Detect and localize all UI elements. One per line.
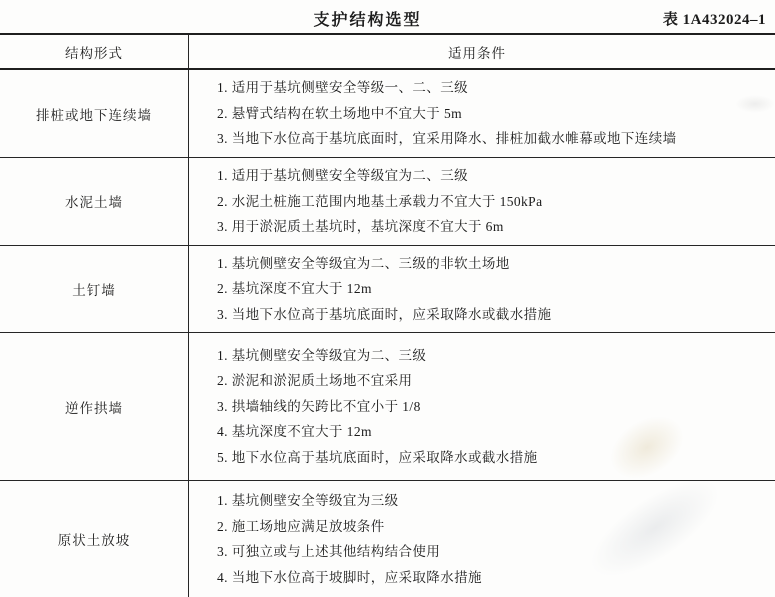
structure-type-label: 土钉墙 — [0, 246, 189, 333]
condition-item: 1. 适用于基坑侧壁安全等级一、二、三级 — [217, 75, 765, 101]
condition-item: 4. 当地下水位高于坡脚时，应采取降水措施 — [217, 565, 765, 591]
condition-item: 3. 拱墙轴线的矢跨比不宜小于 1/8 — [217, 394, 765, 420]
support-structure-table: 结构形式 适用条件 排桩或地下连续墙 1. 适用于基坑侧壁安全等级一、二、三级 … — [0, 33, 775, 597]
table-row-natural-soil-slope: 原状土放坡 1. 基坑侧壁安全等级宜为三级 2. 施工场地应满足放坡条件 3. … — [0, 481, 775, 597]
conditions-cell: 1. 基坑侧壁安全等级宜为二、三级 2. 淤泥和淤泥质土场地不宜采用 3. 拱墙… — [189, 333, 775, 480]
condition-item: 2. 悬臂式结构在软土场地中不宜大于 5m — [217, 101, 765, 127]
table-caption: 支护结构选型 表 1A432024–1 — [0, 7, 775, 31]
condition-item: 3. 可独立或与上述其他结构结合使用 — [217, 539, 765, 565]
condition-item: 2. 淤泥和淤泥质土场地不宜采用 — [217, 368, 765, 394]
column-header-structure-type: 结构形式 — [0, 35, 189, 68]
conditions-cell: 1. 适用于基坑侧壁安全等级宜为二、三级 2. 水泥土桩施工范围内地基土承载力不… — [189, 158, 775, 245]
structure-type-label: 水泥土墙 — [0, 158, 189, 245]
table-row-cement-soil-wall: 水泥土墙 1. 适用于基坑侧壁安全等级宜为二、三级 2. 水泥土桩施工范围内地基… — [0, 158, 775, 246]
condition-item: 3. 当地下水位高于基坑底面时，宜采用降水、排桩加截水帷幕或地下连续墙 — [217, 126, 765, 152]
condition-item: 2. 施工场地应满足放坡条件 — [217, 514, 765, 540]
condition-item: 1. 基坑侧壁安全等级宜为三级 — [217, 488, 765, 514]
table-number: 表 1A432024–1 — [663, 8, 766, 29]
conditions-cell: 1. 基坑侧壁安全等级宜为二、三级的非软土场地 2. 基坑深度不宜大于 12m … — [189, 246, 775, 333]
condition-item: 4. 基坑深度不宜大于 12m — [217, 419, 765, 445]
column-header-applicable-conditions: 适用条件 — [189, 35, 775, 68]
conditions-cell: 1. 基坑侧壁安全等级宜为三级 2. 施工场地应满足放坡条件 3. 可独立或与上… — [189, 481, 775, 597]
table-row-soil-nail-wall: 土钉墙 1. 基坑侧壁安全等级宜为二、三级的非软土场地 2. 基坑深度不宜大于 … — [0, 246, 775, 334]
condition-item: 1. 基坑侧壁安全等级宜为二、三级的非软土场地 — [217, 251, 765, 277]
structure-type-label: 排桩或地下连续墙 — [0, 70, 189, 157]
condition-item: 1. 适用于基坑侧壁安全等级宜为二、三级 — [217, 163, 765, 189]
condition-item: 3. 用于淤泥质土基坑时，基坑深度不宜大于 6m — [217, 214, 765, 240]
table-header-row: 结构形式 适用条件 — [0, 35, 775, 70]
condition-item: 1. 基坑侧壁安全等级宜为二、三级 — [217, 343, 765, 369]
table-row-reverse-arch-wall: 逆作拱墙 1. 基坑侧壁安全等级宜为二、三级 2. 淤泥和淤泥质土场地不宜采用 … — [0, 333, 775, 481]
condition-item: 5. 地下水位高于基坑底面时，应采取降水或截水措施 — [217, 445, 765, 471]
table-title: 支护结构选型 — [0, 7, 735, 30]
structure-type-label: 逆作拱墙 — [0, 333, 189, 480]
structure-type-label: 原状土放坡 — [0, 481, 189, 597]
condition-item: 3. 当地下水位高于基坑底面时，应采取降水或截水措施 — [217, 302, 765, 328]
condition-item: 2. 基坑深度不宜大于 12m — [217, 276, 765, 302]
conditions-cell: 1. 适用于基坑侧壁安全等级一、二、三级 2. 悬臂式结构在软土场地中不宜大于 … — [189, 70, 775, 157]
scanned-document-page: 支护结构选型 表 1A432024–1 结构形式 适用条件 排桩或地下连续墙 1… — [0, 0, 775, 597]
table-row-pile-or-diaphragm-wall: 排桩或地下连续墙 1. 适用于基坑侧壁安全等级一、二、三级 2. 悬臂式结构在软… — [0, 70, 775, 158]
condition-item: 2. 水泥土桩施工范围内地基土承载力不宜大于 150kPa — [217, 189, 765, 215]
